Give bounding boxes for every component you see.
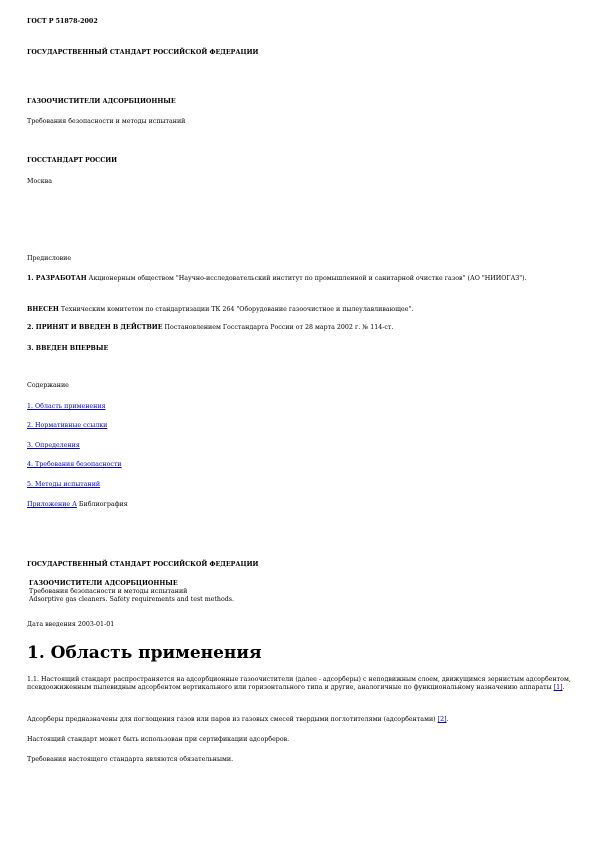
foreword-item-1: 1. РАЗРАБОТАН Акционерным обществом "Нау… — [27, 275, 572, 283]
foreword-item-1b-text: Техническим комитетом по стандартизации … — [59, 306, 414, 313]
body-subtitle-ru: Требования безопасности и методы испытан… — [27, 588, 187, 596]
introduction-date: Дата введения 2003-01-01 — [27, 621, 114, 629]
section-1-paragraph-1: 1.1. Настоящий стандарт распространяется… — [27, 676, 572, 692]
foreword-item-2: 2. ПРИНЯТ И ВВЕДЕН В ДЕЙСТВИЕ Постановле… — [27, 324, 393, 332]
foreword-heading: Предисловие — [27, 255, 71, 263]
contents-link-definitions[interactable]: 3. Определения — [27, 442, 80, 450]
doc-title: ГАЗООЧИСТИТЕЛИ АДСОРБЦИОННЫЕ — [27, 98, 176, 106]
paragraph-2-end: . — [447, 716, 449, 723]
contents-appendix: Приложение А Библиография — [27, 501, 128, 509]
foreword-item-3: 3. ВВЕДЕН ВПЕРВЫЕ — [27, 345, 108, 353]
paragraph-1-end: . — [563, 684, 565, 691]
contents-link-appendix-a[interactable]: Приложение А — [27, 501, 77, 508]
bibliography-ref-1[interactable]: [1] — [554, 684, 563, 691]
section-1-paragraph-4: Требования настоящего стандарта являются… — [27, 756, 233, 764]
doc-number: ГОСТ Р 51878-2002 — [27, 18, 98, 26]
contents-link-scope[interactable]: 1. Область применения — [27, 403, 106, 411]
paragraph-1-text: 1.1. Настоящий стандарт распространяется… — [27, 676, 571, 691]
foreword-item-1b: ВНЕСЕН Техническим комитетом по стандарт… — [27, 306, 413, 314]
bibliography-ref-2[interactable]: [2] — [438, 716, 447, 723]
city: Москва — [27, 178, 52, 186]
paragraph-2-text: Адсорберы предназначены для поглощения г… — [27, 716, 438, 723]
section-1-heading: 1. Область применения — [27, 642, 262, 664]
state-standard-label: ГОСУДАРСТВЕННЫЙ СТАНДАРТ РОССИЙСКОЙ ФЕДЕ… — [27, 49, 259, 57]
foreword-item-1-lead: 1. РАЗРАБОТАН — [27, 275, 87, 282]
contents-link-normative-refs[interactable]: 2. Нормативные ссылки — [27, 422, 107, 430]
section-1-paragraph-3: Настоящий стандарт может быть использова… — [27, 736, 289, 744]
body-state-standard-label: ГОСУДАРСТВЕННЫЙ СТАНДАРТ РОССИЙСКОЙ ФЕДЕ… — [27, 561, 259, 569]
foreword-item-2-lead: 2. ПРИНЯТ И ВВЕДЕН В ДЕЙСТВИЕ — [27, 324, 163, 331]
body-title: ГАЗООЧИСТИТЕЛИ АДСОРБЦИОННЫЕ — [27, 580, 178, 588]
contents-heading: Содержание — [27, 382, 69, 390]
contents-link-test-methods[interactable]: 5. Методы испытаний — [27, 481, 100, 489]
foreword-item-1b-lead: ВНЕСЕН — [27, 306, 59, 313]
section-1-paragraph-2: Адсорберы предназначены для поглощения г… — [27, 716, 449, 724]
contents-link-safety[interactable]: 4. Требования безопасности — [27, 461, 122, 469]
appendix-title: Библиография — [77, 501, 128, 508]
body-subtitle-en: Adsorptive gas cleaners. Safety requirem… — [27, 596, 234, 604]
foreword-item-1-text: Акционерным обществом "Научно-исследоват… — [87, 275, 527, 282]
doc-subtitle: Требования безопасности и методы испытан… — [27, 118, 185, 126]
publisher: ГОССТАНДАРТ РОССИИ — [27, 157, 117, 165]
foreword-item-2-text: Постановлением Госстандарта России от 28… — [163, 324, 394, 331]
